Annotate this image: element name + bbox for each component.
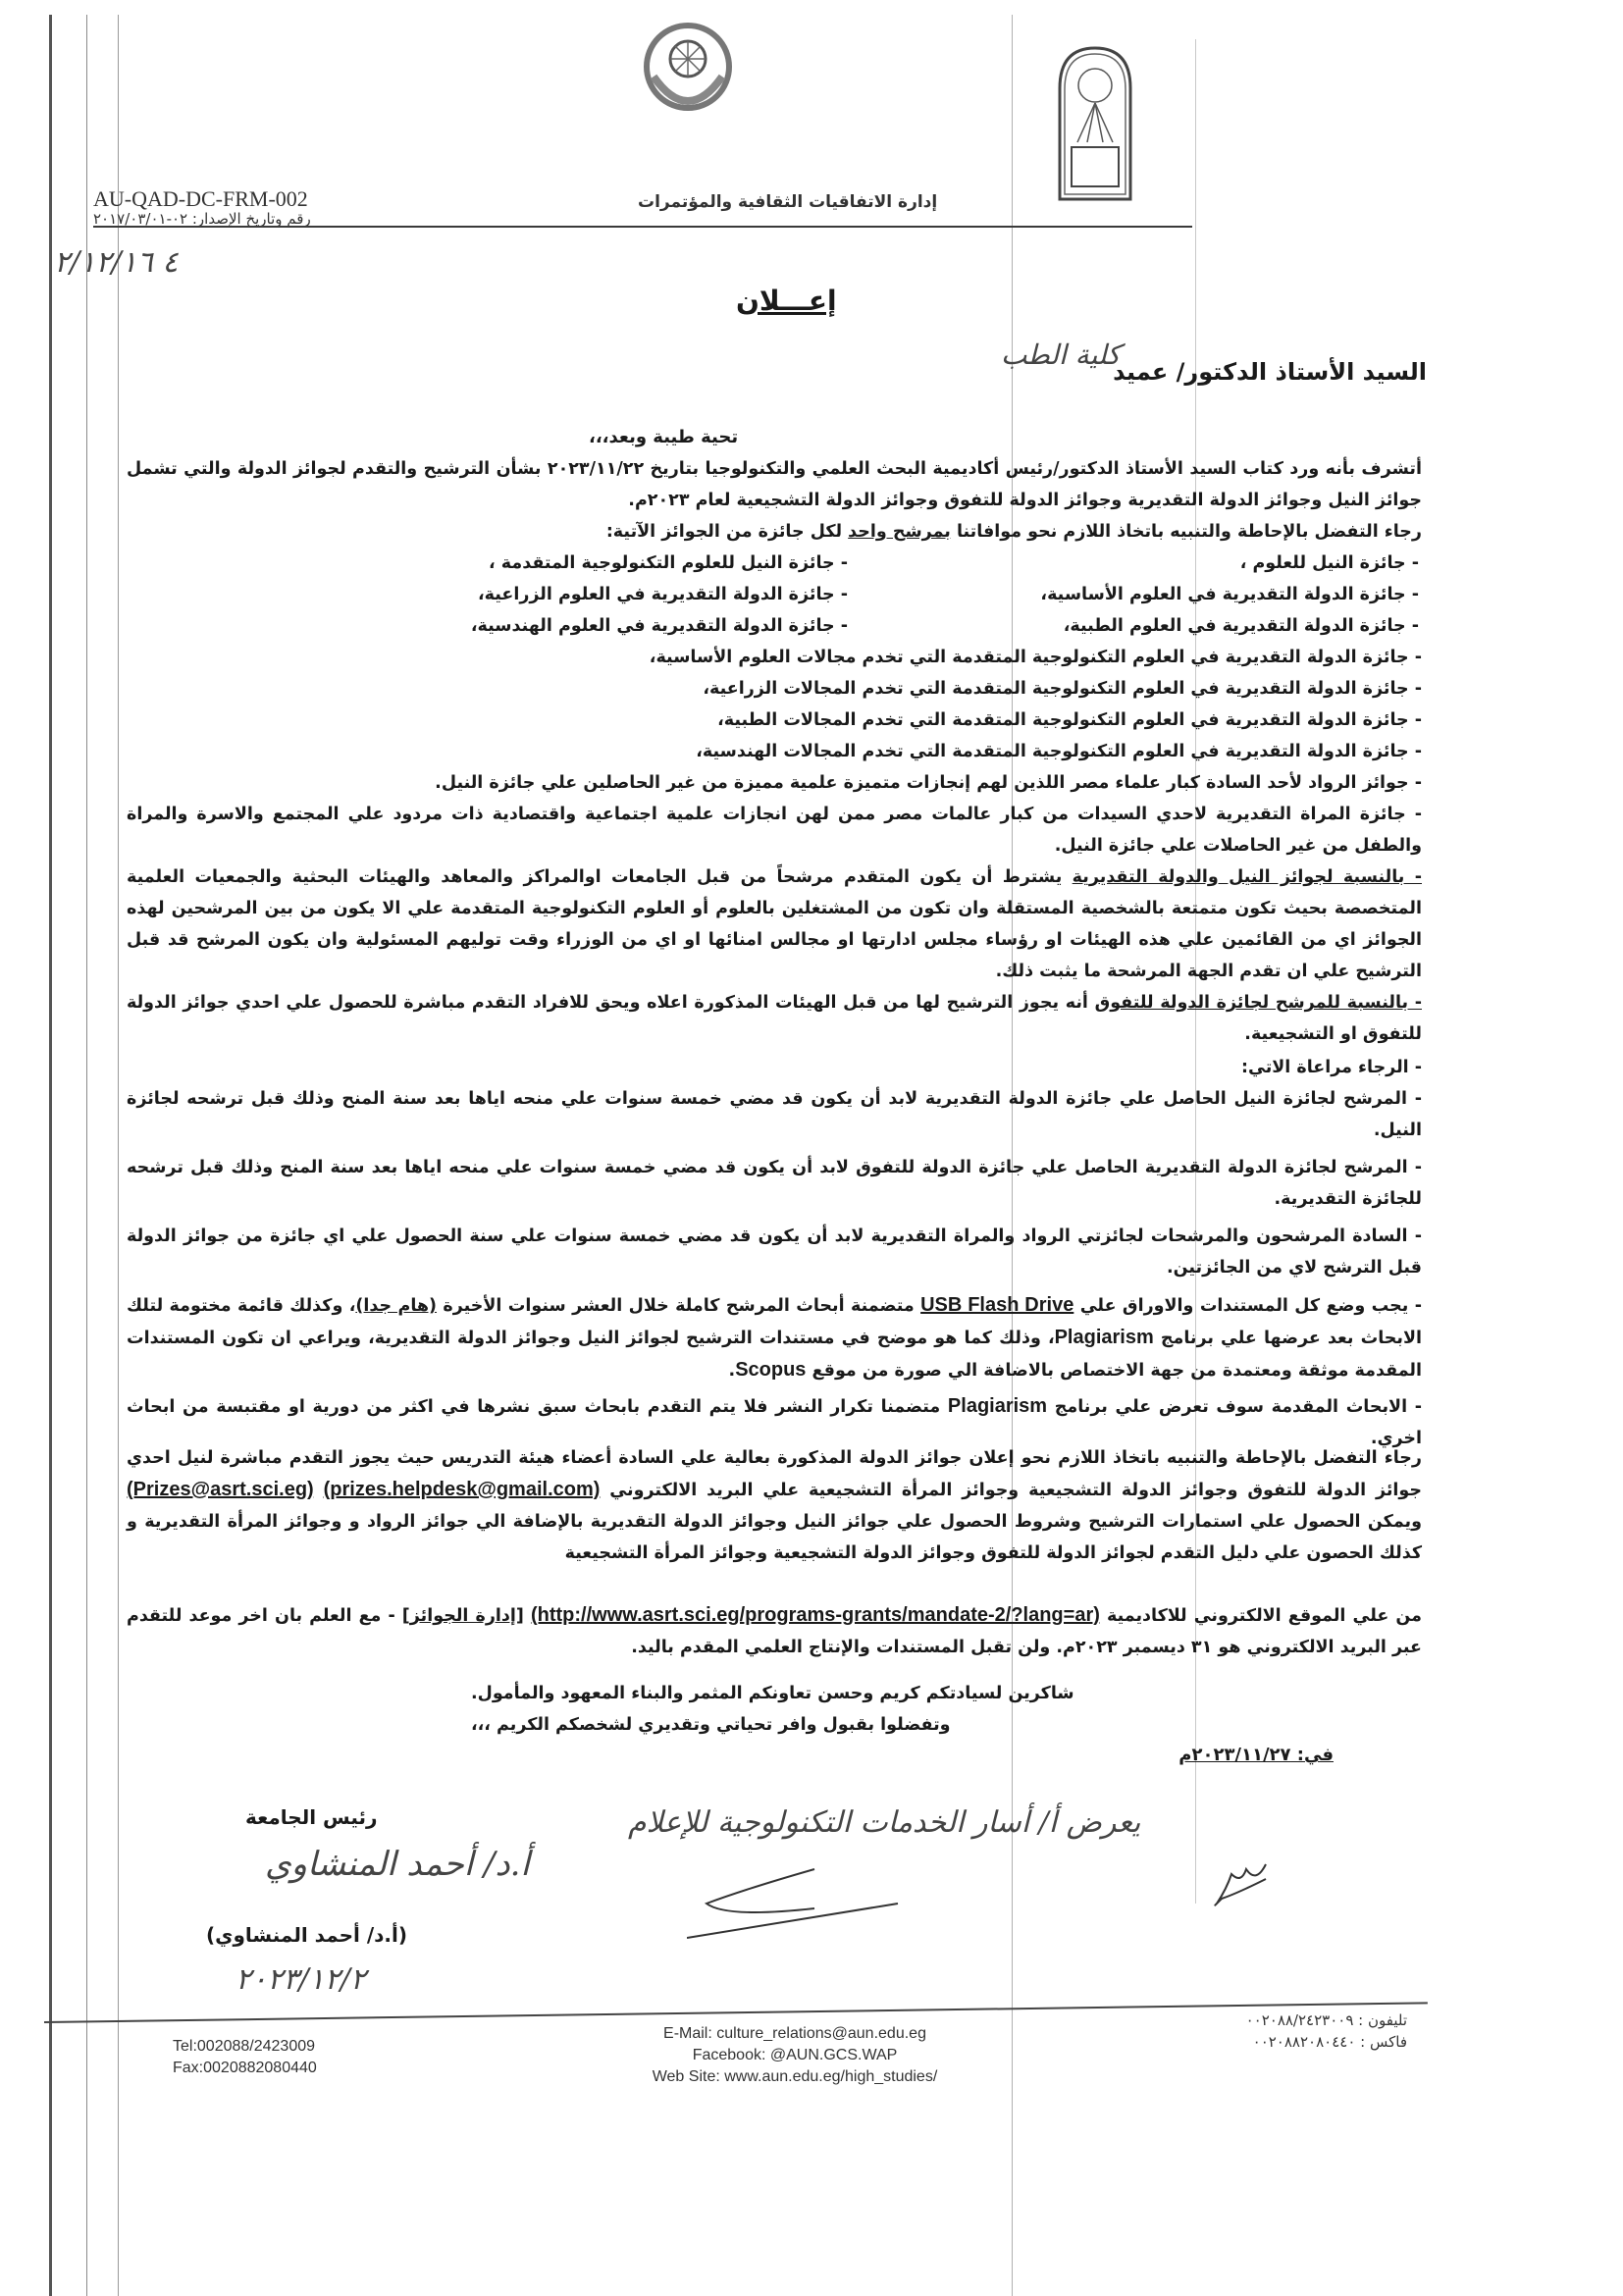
note-item: - السادة المرشحون والمرشحات لجائزتي الرو… [127, 1221, 1422, 1283]
prize-list-right: - جائزة النيل للعلوم ، - جائزة الدولة ال… [1040, 548, 1419, 642]
excellence-condition: - بالنسبة للمرشح لجائزة الدولة للتفوق أن… [127, 987, 1422, 1050]
signature-scribble-icon [1207, 1854, 1276, 1913]
handwritten-reference: ٤ ٢/١٢/١٦ [54, 245, 178, 280]
note-item: - المرشح لجائزة الدولة التقديرية الحاصل … [127, 1152, 1422, 1215]
thanks-line: شاكرين لسيادتكم كريم وحسن تعاونكم المثمر… [471, 1684, 1074, 1703]
footer-tel: Tel:002088/2423009 [173, 2036, 317, 2058]
footer-fax: Fax:0020882080440 [173, 2058, 317, 2079]
closing-request: رجاء التفضل بالإحاطة والتنبيه باتخاذ الل… [127, 1442, 1422, 1569]
footer-online: E-Mail: culture_relations@aun.edu.eg Fac… [550, 2023, 1040, 2088]
scan-border-line [49, 15, 52, 2296]
page-title: إعـــلان [736, 285, 837, 317]
usb-flash-drive-term: USB Flash Drive [920, 1294, 1073, 1316]
helpdesk-email-link[interactable]: (prizes.helpdesk@gmail.com) [324, 1479, 601, 1500]
handwritten-stroke [687, 1864, 903, 1947]
handwritten-faculty: كلية الطب [1001, 339, 1121, 371]
prize-item: - جائزة الدولة التقديرية في العلوم الزرا… [471, 579, 848, 610]
letter-date: في: ٢٠٢٣/١١/٢٧م [1178, 1745, 1334, 1765]
notes-list: - المرشح لجائزة النيل الحاصل علي جائزة ا… [127, 1083, 1422, 1454]
regards-line: وتفضلوا بقبول وافر تحياتي وتقديري لشخصكم… [471, 1715, 951, 1735]
header-divider [93, 226, 1192, 228]
assiut-university-logo-icon [1056, 44, 1134, 201]
note-item-usb: - يجب وضع كل المستندات والاوراق علي USB … [127, 1289, 1422, 1386]
prize-item: - جائزة الدولة التقديرية في العلوم التكن… [127, 673, 1422, 704]
signatory-name: (أ.د/ أحمد المنشاوي) [206, 1923, 407, 1947]
prize-item: - جائزة الدولة التقديرية في العلوم الأسا… [1040, 579, 1419, 610]
prize-item: - جائزة المراة التقديرية لاحدي السيدات م… [127, 799, 1422, 861]
prizes-email-link[interactable]: (Prizes@asrt.sci.eg) [127, 1479, 314, 1500]
intro-paragraph: أتشرف بأنه ورد كتاب السيد الأستاذ الدكتو… [127, 453, 1422, 516]
prize-item: - جائزة النيل للعلوم التكنولوجية المتقدم… [471, 548, 848, 579]
request-line: رجاء التفضل بالإحاطة والتنبيه باتخاذ الل… [127, 516, 1422, 548]
footer-fax-ar: فاكس : ٠٠٢٠٨٨٢٠٨٠٤٤٠ [1246, 2031, 1407, 2053]
prize-item: - جائزة الدولة التقديرية في العلوم الهند… [471, 610, 848, 642]
university-logo [1056, 44, 1134, 201]
scan-border-line [86, 15, 87, 2296]
very-important-label: (هام جدا) [355, 1296, 437, 1316]
greeting: تحية طيبة وبعد،،، [589, 427, 738, 447]
website-line: من علي الموقع الالكتروني للاكاديمية (htt… [127, 1599, 1422, 1663]
note-item: - المرشح لجائزة النيل الحاصل علي جائزة ا… [127, 1083, 1422, 1146]
wheel-logo-icon [634, 18, 742, 126]
handwritten-date: ٢٠٢٣/١٢/٢ [236, 1962, 366, 1997]
addressee: السيد الأستاذ الدكتور/ عميد [1113, 358, 1427, 386]
prize-item: - جائزة الدولة التقديرية في العلوم الطبي… [1040, 610, 1419, 642]
handwritten-instruction: يعرض أ/ أسار الخدمات التكنولوجية للإعلام [628, 1805, 1140, 1840]
academy-website-link[interactable]: (http://www.asrt.sci.eg/programs-grants/… [531, 1604, 1100, 1626]
one-candidate-emphasis: بمرشح واحد [848, 522, 951, 542]
prize-item: - جائزة الدولة التقديرية في العلوم التكن… [127, 704, 1422, 736]
form-code: AU-QAD-DC-FRM-002 [93, 186, 308, 212]
prize-item: - جوائز الرواد لأحد السادة كبار علماء مص… [127, 767, 1422, 799]
handwritten-signature: أ.د/ أحمد المنشاوي [265, 1845, 530, 1884]
scan-fold-line [118, 15, 119, 2296]
footer-facebook-link[interactable]: Facebook: @AUN.GCS.WAP [550, 2045, 1040, 2066]
nile-condition: - بالنسبة لجوائز النيل والدولة التقديرية… [127, 861, 1422, 987]
prize-list-full: - جائزة الدولة التقديرية في العلوم التكن… [127, 642, 1422, 861]
signatory-title: رئيس الجامعة [245, 1805, 378, 1829]
footer-contact-ar: تليفون : ٠٠٢٠٨٨/٢٤٢٣٠٠٩ فاكس : ٠٠٢٠٨٨٢٠٨… [1246, 2009, 1407, 2053]
footer-tel-ar: تليفون : ٠٠٢٠٨٨/٢٤٢٣٠٠٩ [1246, 2009, 1407, 2031]
prize-item: - جائزة النيل للعلوم ، [1040, 548, 1419, 579]
prize-item: - جائزة الدولة التقديرية في العلوم التكن… [127, 736, 1422, 767]
signature-stroke-icon [687, 1864, 903, 1943]
footer-website-link[interactable]: Web Site: www.aun.edu.eg/high_studies/ [550, 2066, 1040, 2088]
department-logo [634, 18, 742, 126]
department-name: إدارة الاتفاقيات الثقافية والمؤتمرات [638, 192, 937, 212]
footer-contact-en: Tel:002088/2423009 Fax:0020882080440 [173, 2036, 317, 2079]
footer-divider [44, 2002, 1428, 2023]
handwritten-initials [1207, 1854, 1276, 1922]
notes-heading: - الرجاء مراعاة الاتي: [127, 1052, 1422, 1083]
prize-item: - جائزة الدولة التقديرية في العلوم التكن… [127, 642, 1422, 673]
footer-email-link[interactable]: E-Mail: culture_relations@aun.edu.eg [550, 2023, 1040, 2045]
prize-list-left: - جائزة النيل للعلوم التكنولوجية المتقدم… [471, 548, 848, 642]
